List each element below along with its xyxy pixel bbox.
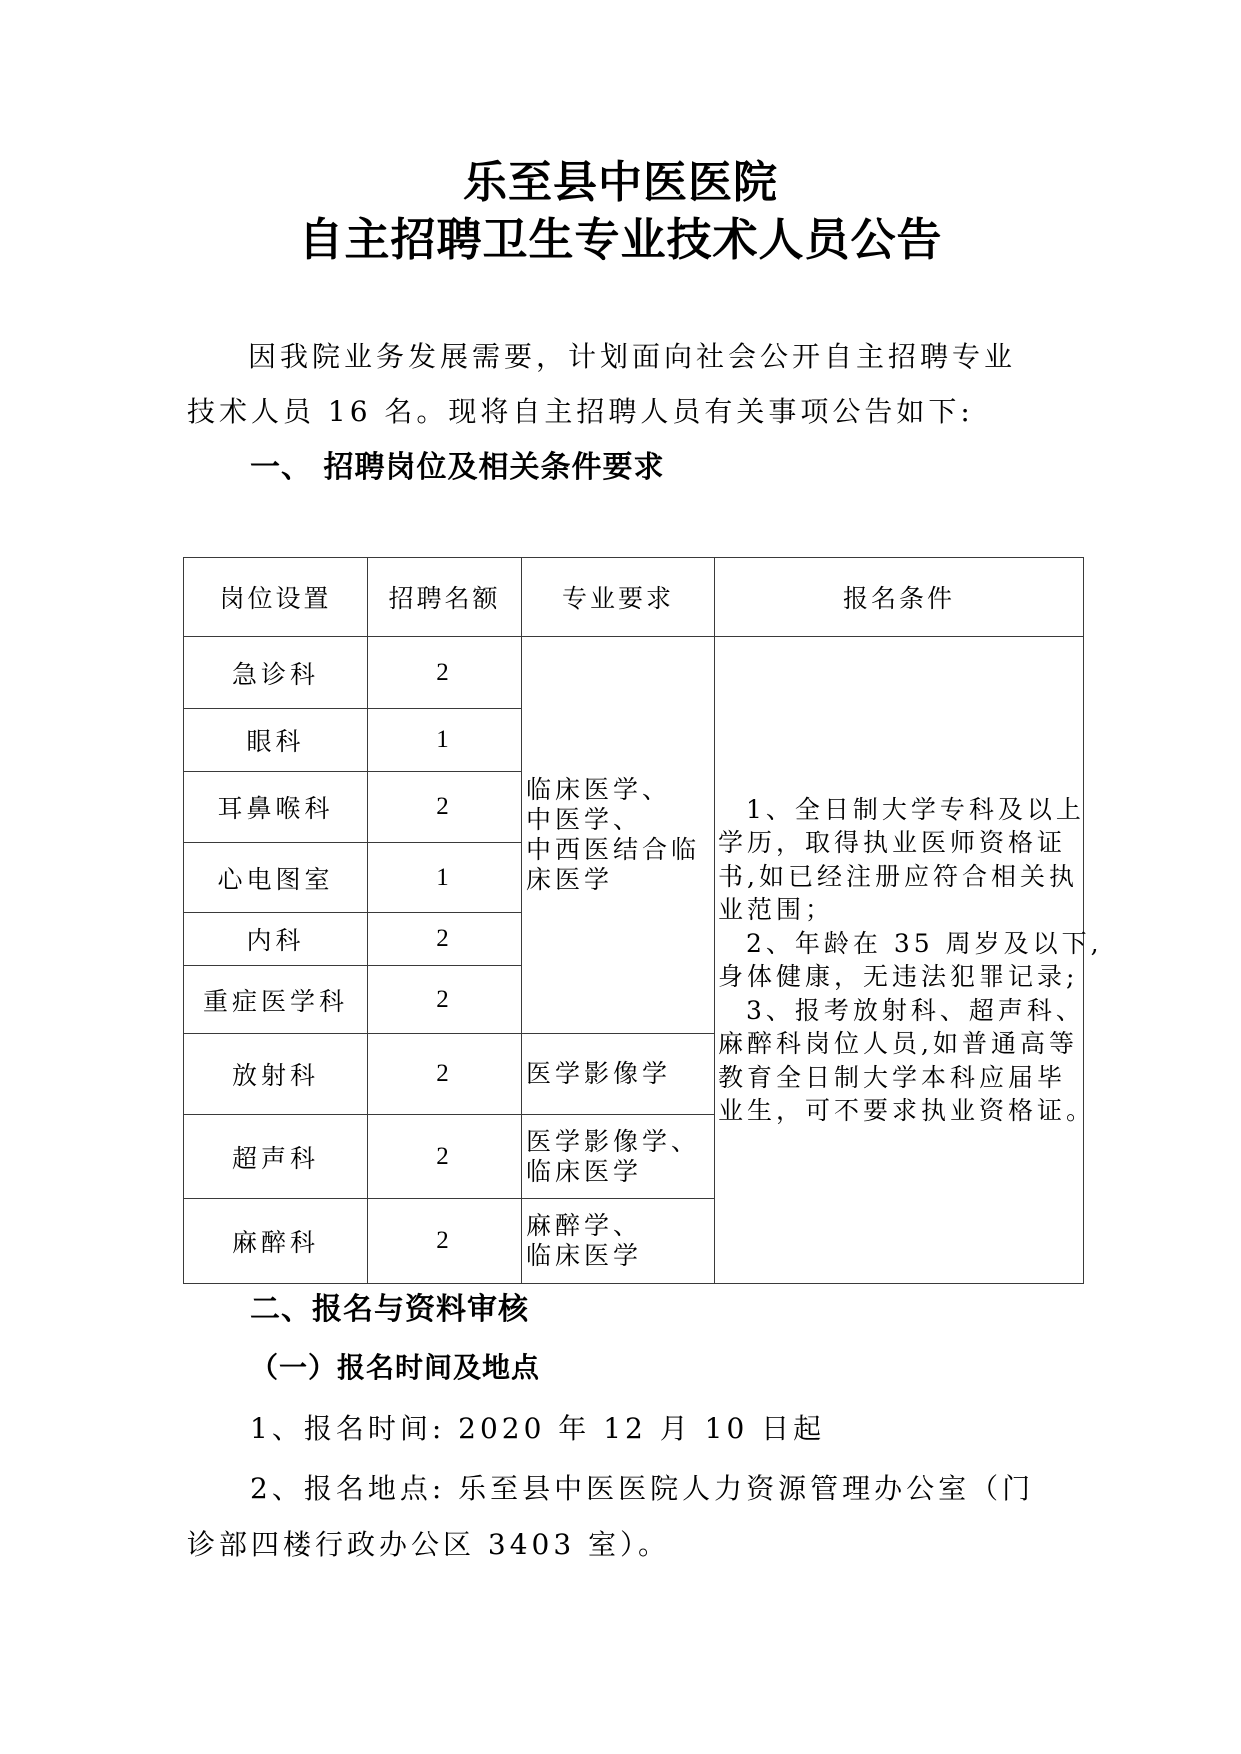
recruitment-table: 岗位设置 招聘名额 专业要求 报名条件 急诊科 2 临床医学、 中医学、 中西医… xyxy=(183,557,1084,1284)
dept-cell: 麻醉科 xyxy=(184,1199,368,1284)
intro-paragraph-line2: 技术人员 16 名。现将自主招聘人员有关事项公告如下: xyxy=(187,395,974,429)
major-line: 医学影像学 xyxy=(526,1059,714,1089)
count-cell: 2 xyxy=(368,913,522,966)
condition-line: 1、全日制大学专科及以上 xyxy=(718,793,1083,827)
dept-cell: 放射科 xyxy=(184,1034,368,1115)
registration-place-line2: 诊部四楼行政办公区 3403 室）。 xyxy=(187,1528,670,1562)
table-row: 急诊科 2 临床医学、 中医学、 中西医结合临 床医学 1、全日制大学专科及以上… xyxy=(184,637,1084,709)
section2-heading: 二、报名与资料审核 xyxy=(250,1292,529,1328)
document-title-line2: 自主招聘卫生专业技术人员公告 xyxy=(0,215,1241,265)
count-cell: 2 xyxy=(368,1199,522,1284)
dept-cell: 重症医学科 xyxy=(184,966,368,1034)
count-cell: 1 xyxy=(368,843,522,913)
condition-line: 身体健康，无违法犯罪记录; xyxy=(718,960,1083,994)
header-count: 招聘名额 xyxy=(368,558,522,637)
condition-line: 学历，取得执业医师资格证 xyxy=(718,826,1083,860)
major-line: 中西医结合临 xyxy=(526,835,714,865)
count-cell: 2 xyxy=(368,966,522,1034)
condition-line: 3、报考放射科、超声科、 xyxy=(718,994,1083,1028)
registration-time: 1、报名时间: 2020 年 12 月 10 日起 xyxy=(250,1412,825,1446)
count-cell: 2 xyxy=(368,1034,522,1115)
major-line: 临床医学 xyxy=(526,1241,714,1271)
header-conditions: 报名条件 xyxy=(715,558,1084,637)
dept-cell: 急诊科 xyxy=(184,637,368,709)
registration-place-line1: 2、报名地点: 乐至县中医医院人力资源管理办公室（门 xyxy=(250,1472,1034,1506)
count-cell: 2 xyxy=(368,1115,522,1199)
major-cell-ultrasound: 医学影像学、 临床医学 xyxy=(522,1115,715,1199)
count-cell: 2 xyxy=(368,637,522,709)
section1-heading: 一、 招聘岗位及相关条件要求 xyxy=(250,450,664,486)
count-cell: 2 xyxy=(368,772,522,843)
dept-cell: 眼科 xyxy=(184,709,368,772)
condition-line: 业生，可不要求执业资格证。 xyxy=(718,1094,1083,1128)
major-line: 床医学 xyxy=(526,865,714,895)
dept-cell: 心电图室 xyxy=(184,843,368,913)
document-title-line1: 乐至县中医医院 xyxy=(0,158,1241,208)
condition-line: 教育全日制大学本科应届毕 xyxy=(718,1061,1083,1095)
major-cell-clinical: 临床医学、 中医学、 中西医结合临 床医学 xyxy=(522,637,715,1034)
dept-cell: 超声科 xyxy=(184,1115,368,1199)
condition-line: 业范围； xyxy=(718,893,1083,927)
major-line: 中医学、 xyxy=(526,805,714,835)
major-line: 麻醉学、 xyxy=(526,1211,714,1241)
condition-line: 麻醉科岗位人员,如普通高等 xyxy=(718,1027,1083,1061)
subsection1-heading: （一）报名时间及地点 xyxy=(250,1350,540,1386)
table-header-row: 岗位设置 招聘名额 专业要求 报名条件 xyxy=(184,558,1084,637)
condition-line: 2、年龄在 35 周岁及以下, xyxy=(718,927,1083,961)
major-line: 临床医学、 xyxy=(526,775,714,805)
major-line: 临床医学 xyxy=(526,1157,714,1187)
major-line: 医学影像学、 xyxy=(526,1127,714,1157)
count-cell: 1 xyxy=(368,709,522,772)
major-cell-anesthesia: 麻醉学、 临床医学 xyxy=(522,1199,715,1284)
conditions-cell: 1、全日制大学专科及以上 学历，取得执业医师资格证 书,如已经注册应符合相关执 … xyxy=(715,637,1084,1284)
condition-line: 书,如已经注册应符合相关执 xyxy=(718,860,1083,894)
header-position: 岗位设置 xyxy=(184,558,368,637)
intro-paragraph-line1: 因我院业务发展需要，计划面向社会公开自主招聘专业 xyxy=(248,340,1016,374)
dept-cell: 内科 xyxy=(184,913,368,966)
major-cell-radiology: 医学影像学 xyxy=(522,1034,715,1115)
dept-cell: 耳鼻喉科 xyxy=(184,772,368,843)
header-major: 专业要求 xyxy=(522,558,715,637)
